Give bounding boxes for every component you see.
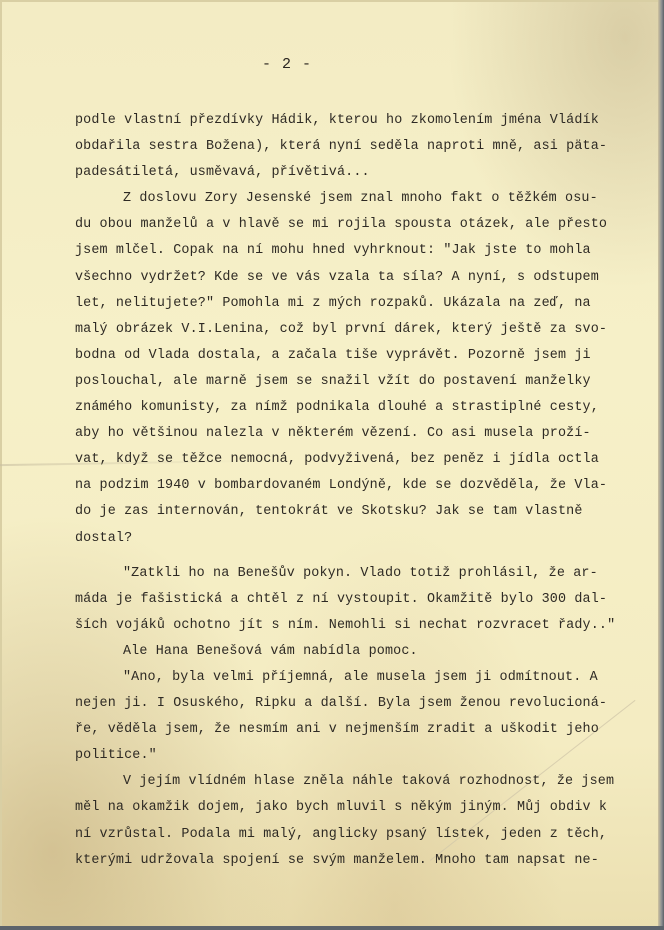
text-line: poslouchal, ale marně jsem se snažil vží…	[75, 369, 635, 395]
text-line: politice."	[75, 743, 635, 769]
body-text: podle vlastní přezdívky Hádik, kterou ho…	[75, 108, 635, 874]
text-line: ře, věděla jsem, že nesmím ani v nejmenš…	[75, 717, 635, 743]
page-number: - 2 -	[262, 56, 312, 73]
text-line: Z doslovu Zory Jesenské jsem znal mnoho …	[75, 186, 635, 212]
text-line: malý obrázek V.I.Lenina, což byl první d…	[75, 317, 635, 343]
text-line: na podzim 1940 v bombardovaném Londýně, …	[75, 473, 635, 499]
text-line: jsem mlčel. Copak na ní mohu hned vyhrkn…	[75, 238, 635, 264]
scan-edge-bottom	[0, 926, 664, 930]
text-line: všechno vydržet? Kde se ve vás vzala ta …	[75, 265, 635, 291]
typewritten-page: - 2 - podle vlastní přezdívky Hádik, kte…	[0, 0, 658, 926]
text-line: ších vojáků ochotno jít s ním. Nemohli s…	[75, 613, 635, 639]
text-line: Ale Hana Benešová vám nabídla pomoc.	[75, 639, 635, 665]
text-line: máda je fašistická a chtěl z ní vystoupi…	[75, 587, 635, 613]
text-line: kterými udržovala spojení se svým manžel…	[75, 848, 635, 874]
text-line: du obou manželů a v hlavě se mi rojila s…	[75, 212, 635, 238]
text-line: let, nelitujete?" Pomohla mi z mých rozp…	[75, 291, 635, 317]
text-line: bodna od Vlada dostala, a začala tiše vy…	[75, 343, 635, 369]
text-line: obdařila sestra Božena), která nyní sedě…	[75, 134, 635, 160]
text-line: "Zatkli ho na Benešův pokyn. Vlado totiž…	[75, 561, 635, 587]
text-line: V jejím vlídném hlase zněla náhle taková…	[75, 769, 635, 795]
text-line: padesátiletá, usměvavá, přívětivá...	[75, 160, 635, 186]
text-line: podle vlastní přezdívky Hádik, kterou ho…	[75, 108, 635, 134]
scan-edge-right	[658, 0, 664, 930]
text-line: nejen ji. I Osuského, Ripku a další. Byl…	[75, 691, 635, 717]
text-line: známého komunisty, za nímž podnikala dlo…	[75, 395, 635, 421]
text-line: vat, když se těžce nemocná, podvyživená,…	[75, 447, 635, 473]
text-line: ní vzrůstal. Podala mi malý, anglicky ps…	[75, 822, 635, 848]
text-line: "Ano, byla velmi příjemná, ale musela js…	[75, 665, 635, 691]
text-line: aby ho většinou nalezla v některém vězen…	[75, 421, 635, 447]
text-line: měl na okamžik dojem, jako bych mluvil s…	[75, 795, 635, 821]
text-line: dostal?	[75, 526, 635, 552]
text-line: do je zas internován, tentokrát ve Skots…	[75, 499, 635, 525]
